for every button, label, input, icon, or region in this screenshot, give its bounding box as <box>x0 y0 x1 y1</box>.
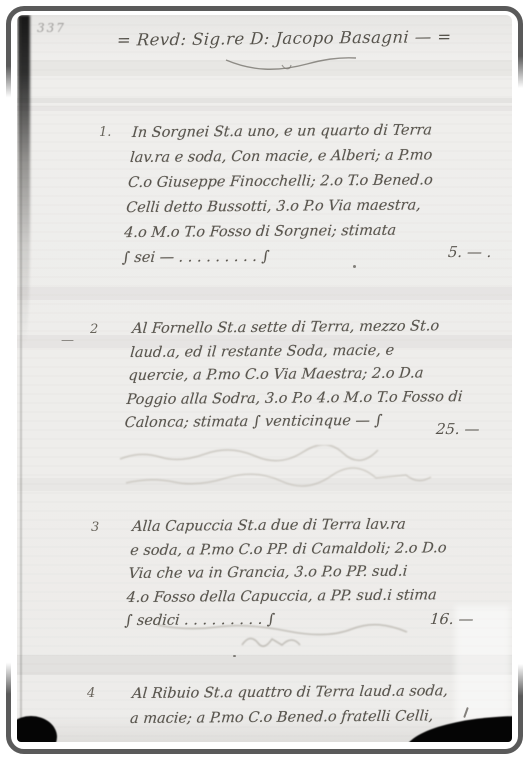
ghost-scribble <box>147 611 417 655</box>
entry-line: a macie; a P.mo C.o Bened.o fratelli Cel… <box>129 704 447 731</box>
scan-band <box>17 106 512 111</box>
entry-3-amount: 16. — <box>429 610 474 628</box>
entry-1-number: 1. <box>99 125 111 140</box>
scan-band <box>17 287 512 300</box>
entry-line: lav.ra e soda, Con macie, e Alberi; a P.… <box>129 143 436 171</box>
entry-line: Alla Capuccia St.a due di Terra lav.ra <box>131 513 449 539</box>
entry-line: 4.o Fosso della Capuccia, a PP. sud.i st… <box>126 584 444 610</box>
scan-band <box>17 655 512 675</box>
entry-1-amount: 5. — . <box>447 243 492 261</box>
header-flourish <box>222 51 362 73</box>
entry-1-text: In Sorgnei St.a uno, e un quarto di Terr… <box>121 118 437 271</box>
entry-4-number: 4 <box>87 686 95 701</box>
entry-line: 4.o M.o T.o Fosso di Sorgnei; stimata <box>123 218 430 246</box>
entry-2-amount: 25. — <box>435 420 480 438</box>
page-number: 337 <box>37 21 66 35</box>
entry-2-text: Al Fornello St.a sette di Terra, mezzo S… <box>124 315 469 436</box>
scan-band <box>17 98 512 103</box>
scanned-manuscript-page: 337 = Revd: Sig.re D: Jacopo Basagni — =… <box>0 0 529 760</box>
entry-2-number: 2 <box>90 322 98 337</box>
entry-line: ∫ sei — . . . . . . . . . ∫ <box>121 243 428 271</box>
entry-line: e soda, a P.mo C.o PP. di Camaldoli; 2.o… <box>129 537 447 563</box>
paper-sheet: 337 = Revd: Sig.re D: Jacopo Basagni — =… <box>17 15 512 742</box>
page-title: = Revd: Sig.re D: Jacopo Basagni — = <box>116 27 427 49</box>
entry-line: quercie, a P.mo C.o Via Maestra; 2.o D.a <box>127 362 465 388</box>
ghost-showthrough-lines <box>112 445 447 507</box>
entry-line: laud.a, ed il restante Soda, macie, e <box>129 339 467 365</box>
frame-fade-right <box>512 56 529 696</box>
entry-4-text: Al Ribuio St.a quattro di Terra laud.a s… <box>129 679 449 731</box>
entry-line: Al Ribuio St.a quattro di Terra laud.a s… <box>131 679 449 706</box>
entry-line: Celli detto Bussotti, 3.o P.o Via maestr… <box>125 193 432 221</box>
ink-speck <box>233 655 236 657</box>
frame-fade-left <box>0 66 17 694</box>
entry-line: C.o Giuseppe Finocchelli; 2.o T.o Bened.… <box>127 168 434 196</box>
entry-line: Calonca; stimata ∫ venticinque — ∫ <box>124 409 462 435</box>
entry-line: Via che va in Grancia, 3.o P.o PP. sud.i <box>127 560 445 586</box>
entry-line: In Sorgnei St.a uno, e un quarto di Terr… <box>131 118 438 146</box>
ink-speck <box>353 265 356 268</box>
book-gutter-line <box>20 15 22 742</box>
entry-line: Poggio alla Sodra, 3.o P.o 4.o M.o T.o F… <box>126 386 464 412</box>
entry-line: Al Fornello St.a sette di Terra, mezzo S… <box>131 315 469 341</box>
entry-3-number: 3 <box>91 520 99 535</box>
margin-dash: — <box>61 333 74 348</box>
